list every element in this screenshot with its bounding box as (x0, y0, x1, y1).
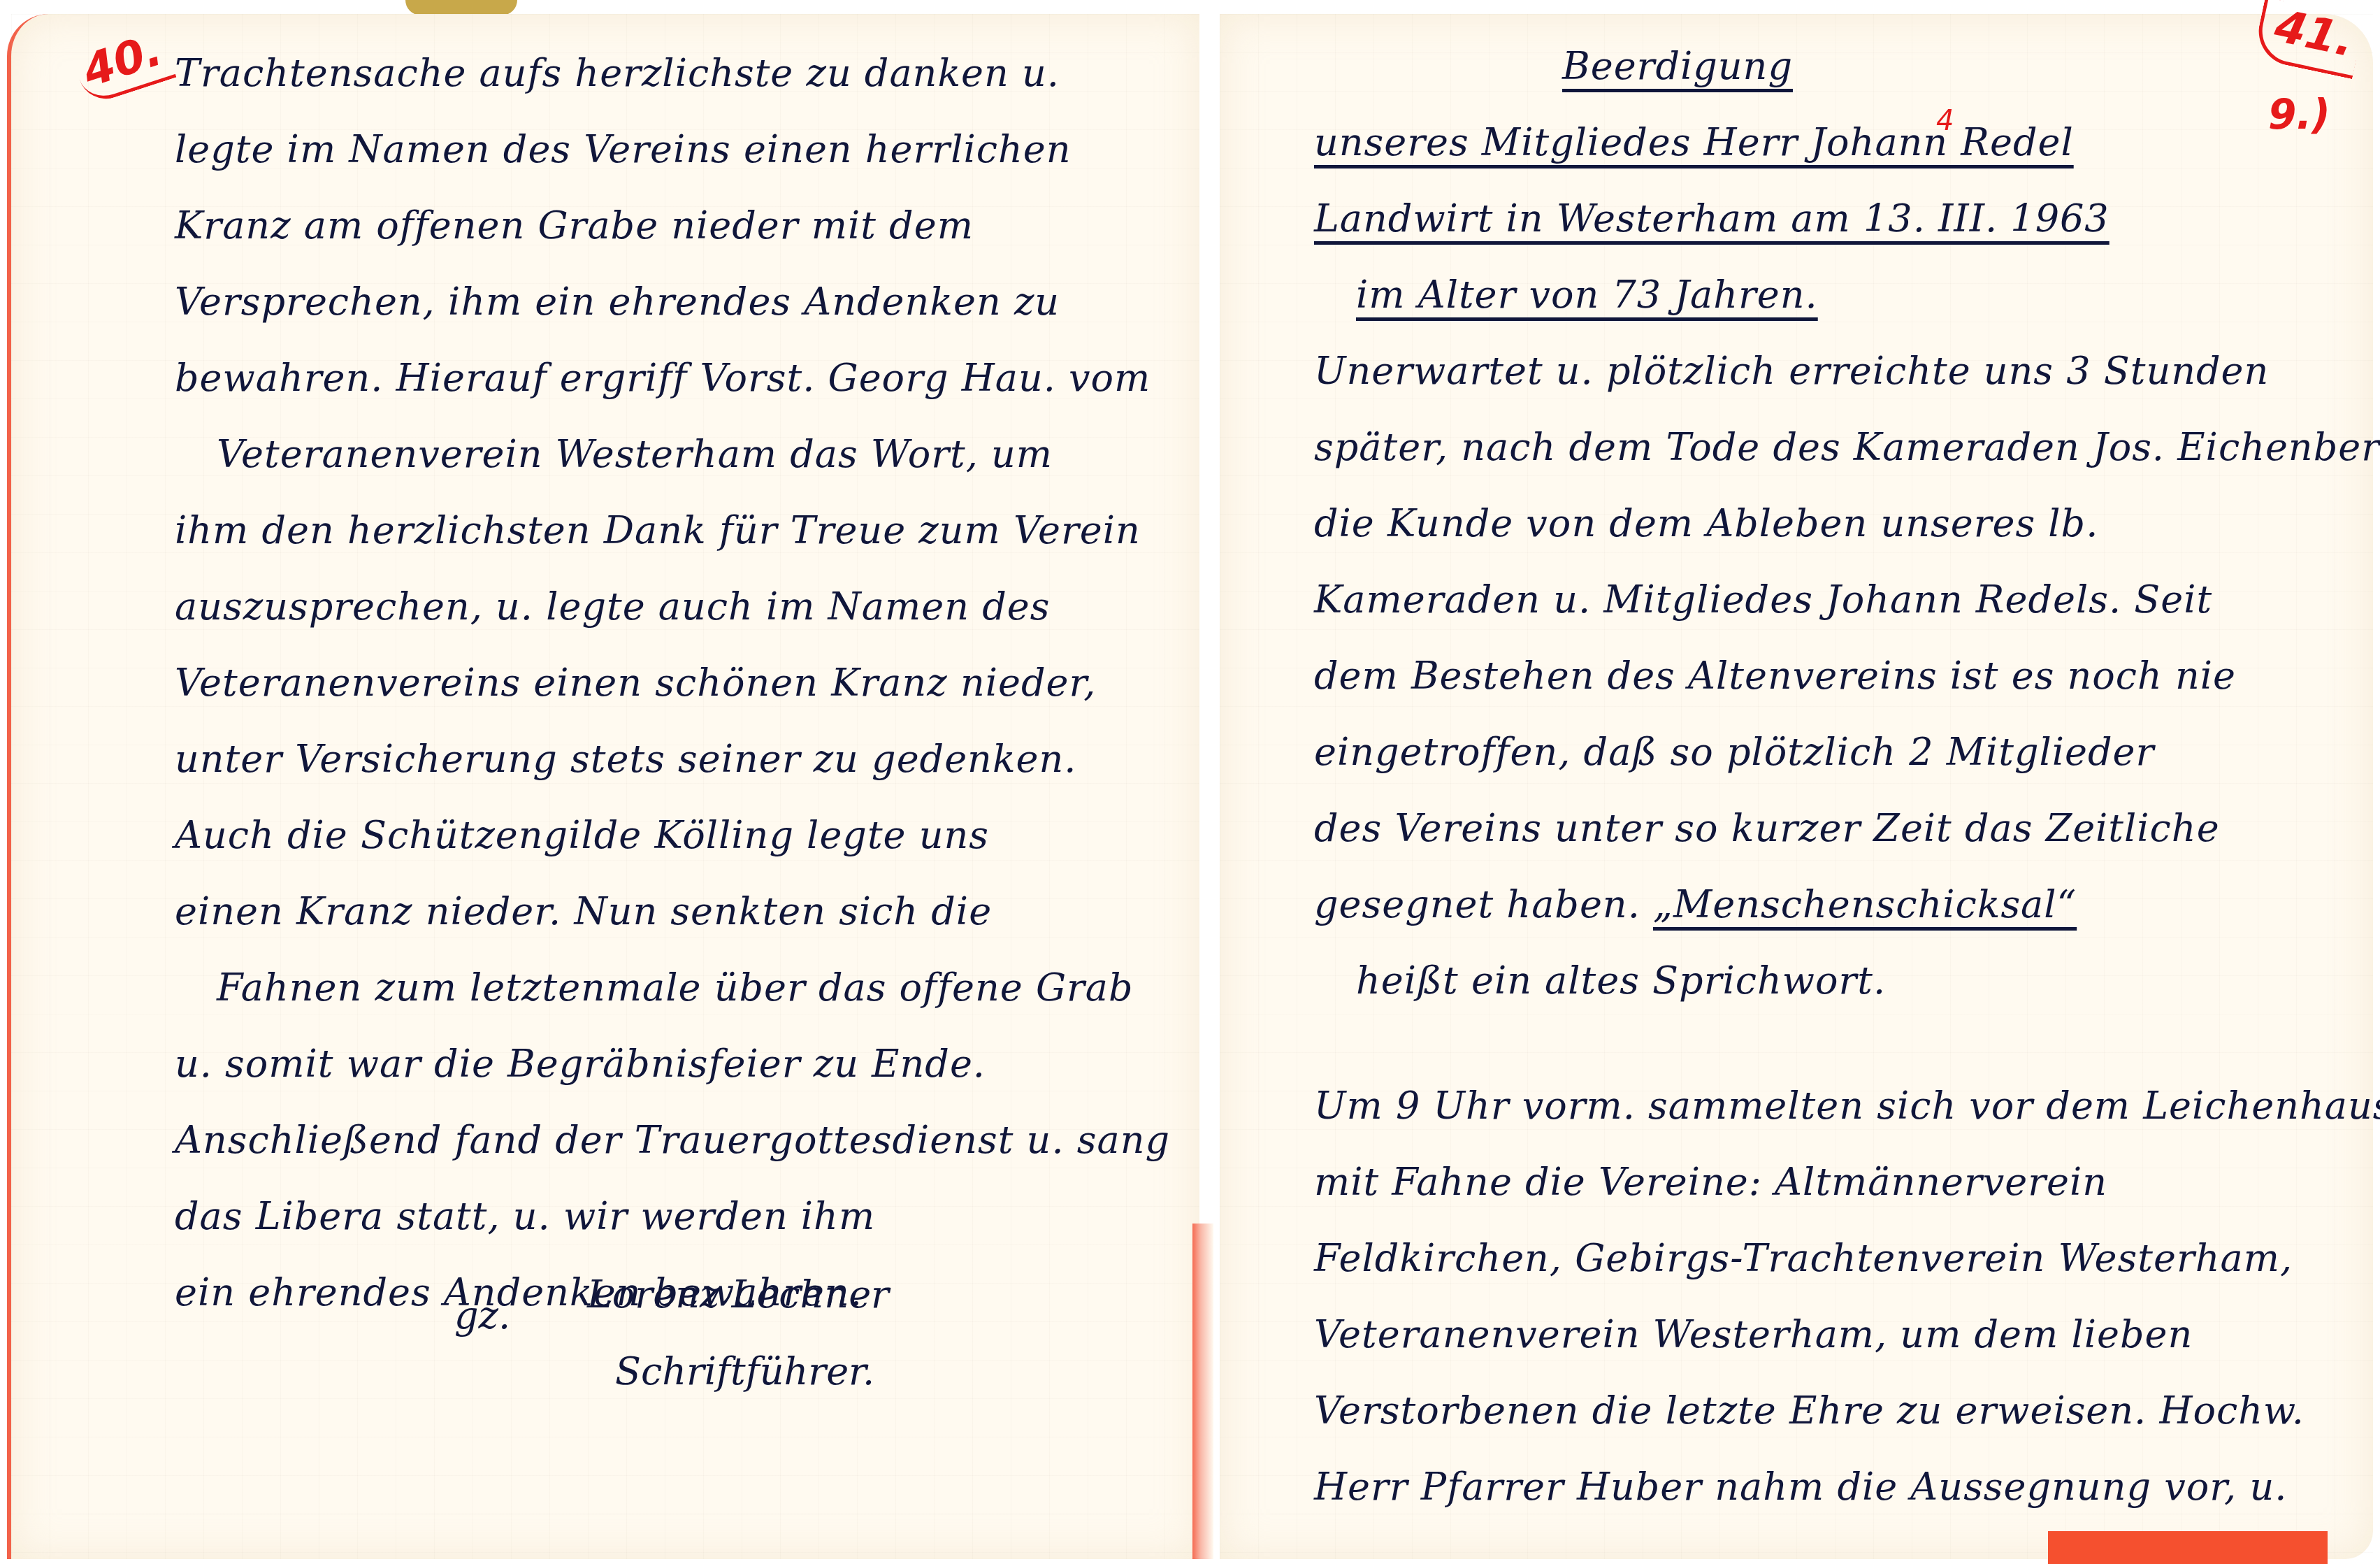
underlined-quote: „Menschenschicksal“ (1653, 882, 2077, 926)
handwritten-line: Kameraden u. Mitgliedes Johann Redels. S… (1314, 561, 2342, 638)
handwritten-line: Fahnen zum letztenmale über das offene G… (175, 949, 1195, 1026)
handwritten-line: ihm den herzlichsten Dank für Treue zum … (175, 492, 1195, 568)
handwritten-line: Kranz am offenen Grabe nieder mit dem (175, 187, 1195, 264)
handwritten-line: Um 9 Uhr vorm. sammelten sich vor dem Le… (1314, 1068, 2342, 1144)
handwritten-line: Veteranenverein Westerham, um dem lieben (1314, 1296, 2342, 1372)
handwritten-line: dem Bestehen des Altenvereins ist es noc… (1314, 638, 2342, 714)
handwritten-line: des Vereins unter so kurzer Zeit das Zei… (1314, 790, 2342, 866)
handwritten-line: gesegnet haben. „Menschenschicksal“ (1314, 866, 2342, 942)
book-spine-edge (1192, 1224, 1213, 1559)
right-body-paragraph-2: Um 9 Uhr vorm. sammelten sich vor dem Le… (1314, 1068, 2342, 1525)
handwritten-line: mit Fahne die Vereine: Altmännerverein (1314, 1144, 2342, 1220)
handwritten-line: Versprechen, ihm ein ehrendes Andenken z… (175, 264, 1195, 340)
heading-line: im Alter von 73 Jahren. (1356, 273, 1818, 317)
handwritten-line: das Libera statt, u. wir werden ihm (175, 1178, 1195, 1254)
signature-role: Schriftführer. (615, 1349, 874, 1393)
handwritten-line: Unerwartet u. plötzlich erreichte uns 3 … (1314, 333, 2342, 409)
handwritten-line: Verstorbenen die letzte Ehre zu erweisen… (1314, 1372, 2342, 1449)
handwritten-line: später, nach dem Tode des Kameraden Jos.… (1314, 409, 2342, 485)
handwritten-line: eingetroffen, daß so plötzlich 2 Mitglie… (1314, 714, 2342, 790)
left-page-text: Trachtensache aufs herzlichste zu danken… (175, 35, 1195, 1330)
handwritten-line: Auch die Schützengilde Kölling legte uns (175, 797, 1195, 873)
binding-tab-top (405, 0, 517, 15)
binding-tab-bottom (2048, 1531, 2328, 1564)
right-body-paragraph-1: Unerwartet u. plötzlich erreichte uns 3 … (1314, 333, 2342, 1019)
entry-title: Beerdigung (1562, 44, 1793, 88)
handwritten-line: heißt ein altes Sprichwort. (1314, 942, 2342, 1019)
open-notebook: 40. Trachtensache aufs herzlichste zu da… (0, 0, 2380, 1564)
handwritten-line: Anschließend fand der Trauergottesdienst… (175, 1102, 1195, 1178)
right-page-text: Beerdigung unseres Mitgliedes Herr Johan… (1314, 28, 2342, 1525)
handwritten-line: bewahren. Hierauf ergriff Vorst. Georg H… (175, 340, 1195, 416)
heading-line: unseres Mitgliedes Herr Johann Redel (1314, 120, 2074, 164)
handwritten-line: einen Kranz nieder. Nun senkten sich die (175, 873, 1195, 949)
handwritten-line: die Kunde von dem Ableben unseres lb. (1314, 485, 2342, 561)
handwritten-line: Feldkirchen, Gebirgs-Trachtenverein West… (1314, 1220, 2342, 1296)
handwritten-line: Veteranenvereins einen schönen Kranz nie… (175, 645, 1195, 721)
handwritten-line: auszusprechen, u. legte auch im Namen de… (175, 568, 1195, 645)
handwritten-line: u. somit war die Begräbnisfeier zu Ende. (175, 1026, 1195, 1102)
handwritten-line: legte im Namen des Vereins einen herrlic… (175, 111, 1195, 187)
handwritten-line: Trachtensache aufs herzlichste zu danken… (175, 35, 1195, 111)
handwritten-line: Herr Pfarrer Huber nahm die Aussegnung v… (1314, 1449, 2342, 1525)
heading-line: Landwirt in Westerham am 13. III. 1963 (1314, 196, 2109, 241)
handwritten-line: unter Versicherung stets seiner zu geden… (175, 721, 1195, 797)
handwritten-line: Veteranenverein Westerham das Wort, um (175, 416, 1195, 492)
signature-prefix: gz. (454, 1293, 510, 1337)
signature-name: Lorenz Lechner (587, 1272, 889, 1317)
